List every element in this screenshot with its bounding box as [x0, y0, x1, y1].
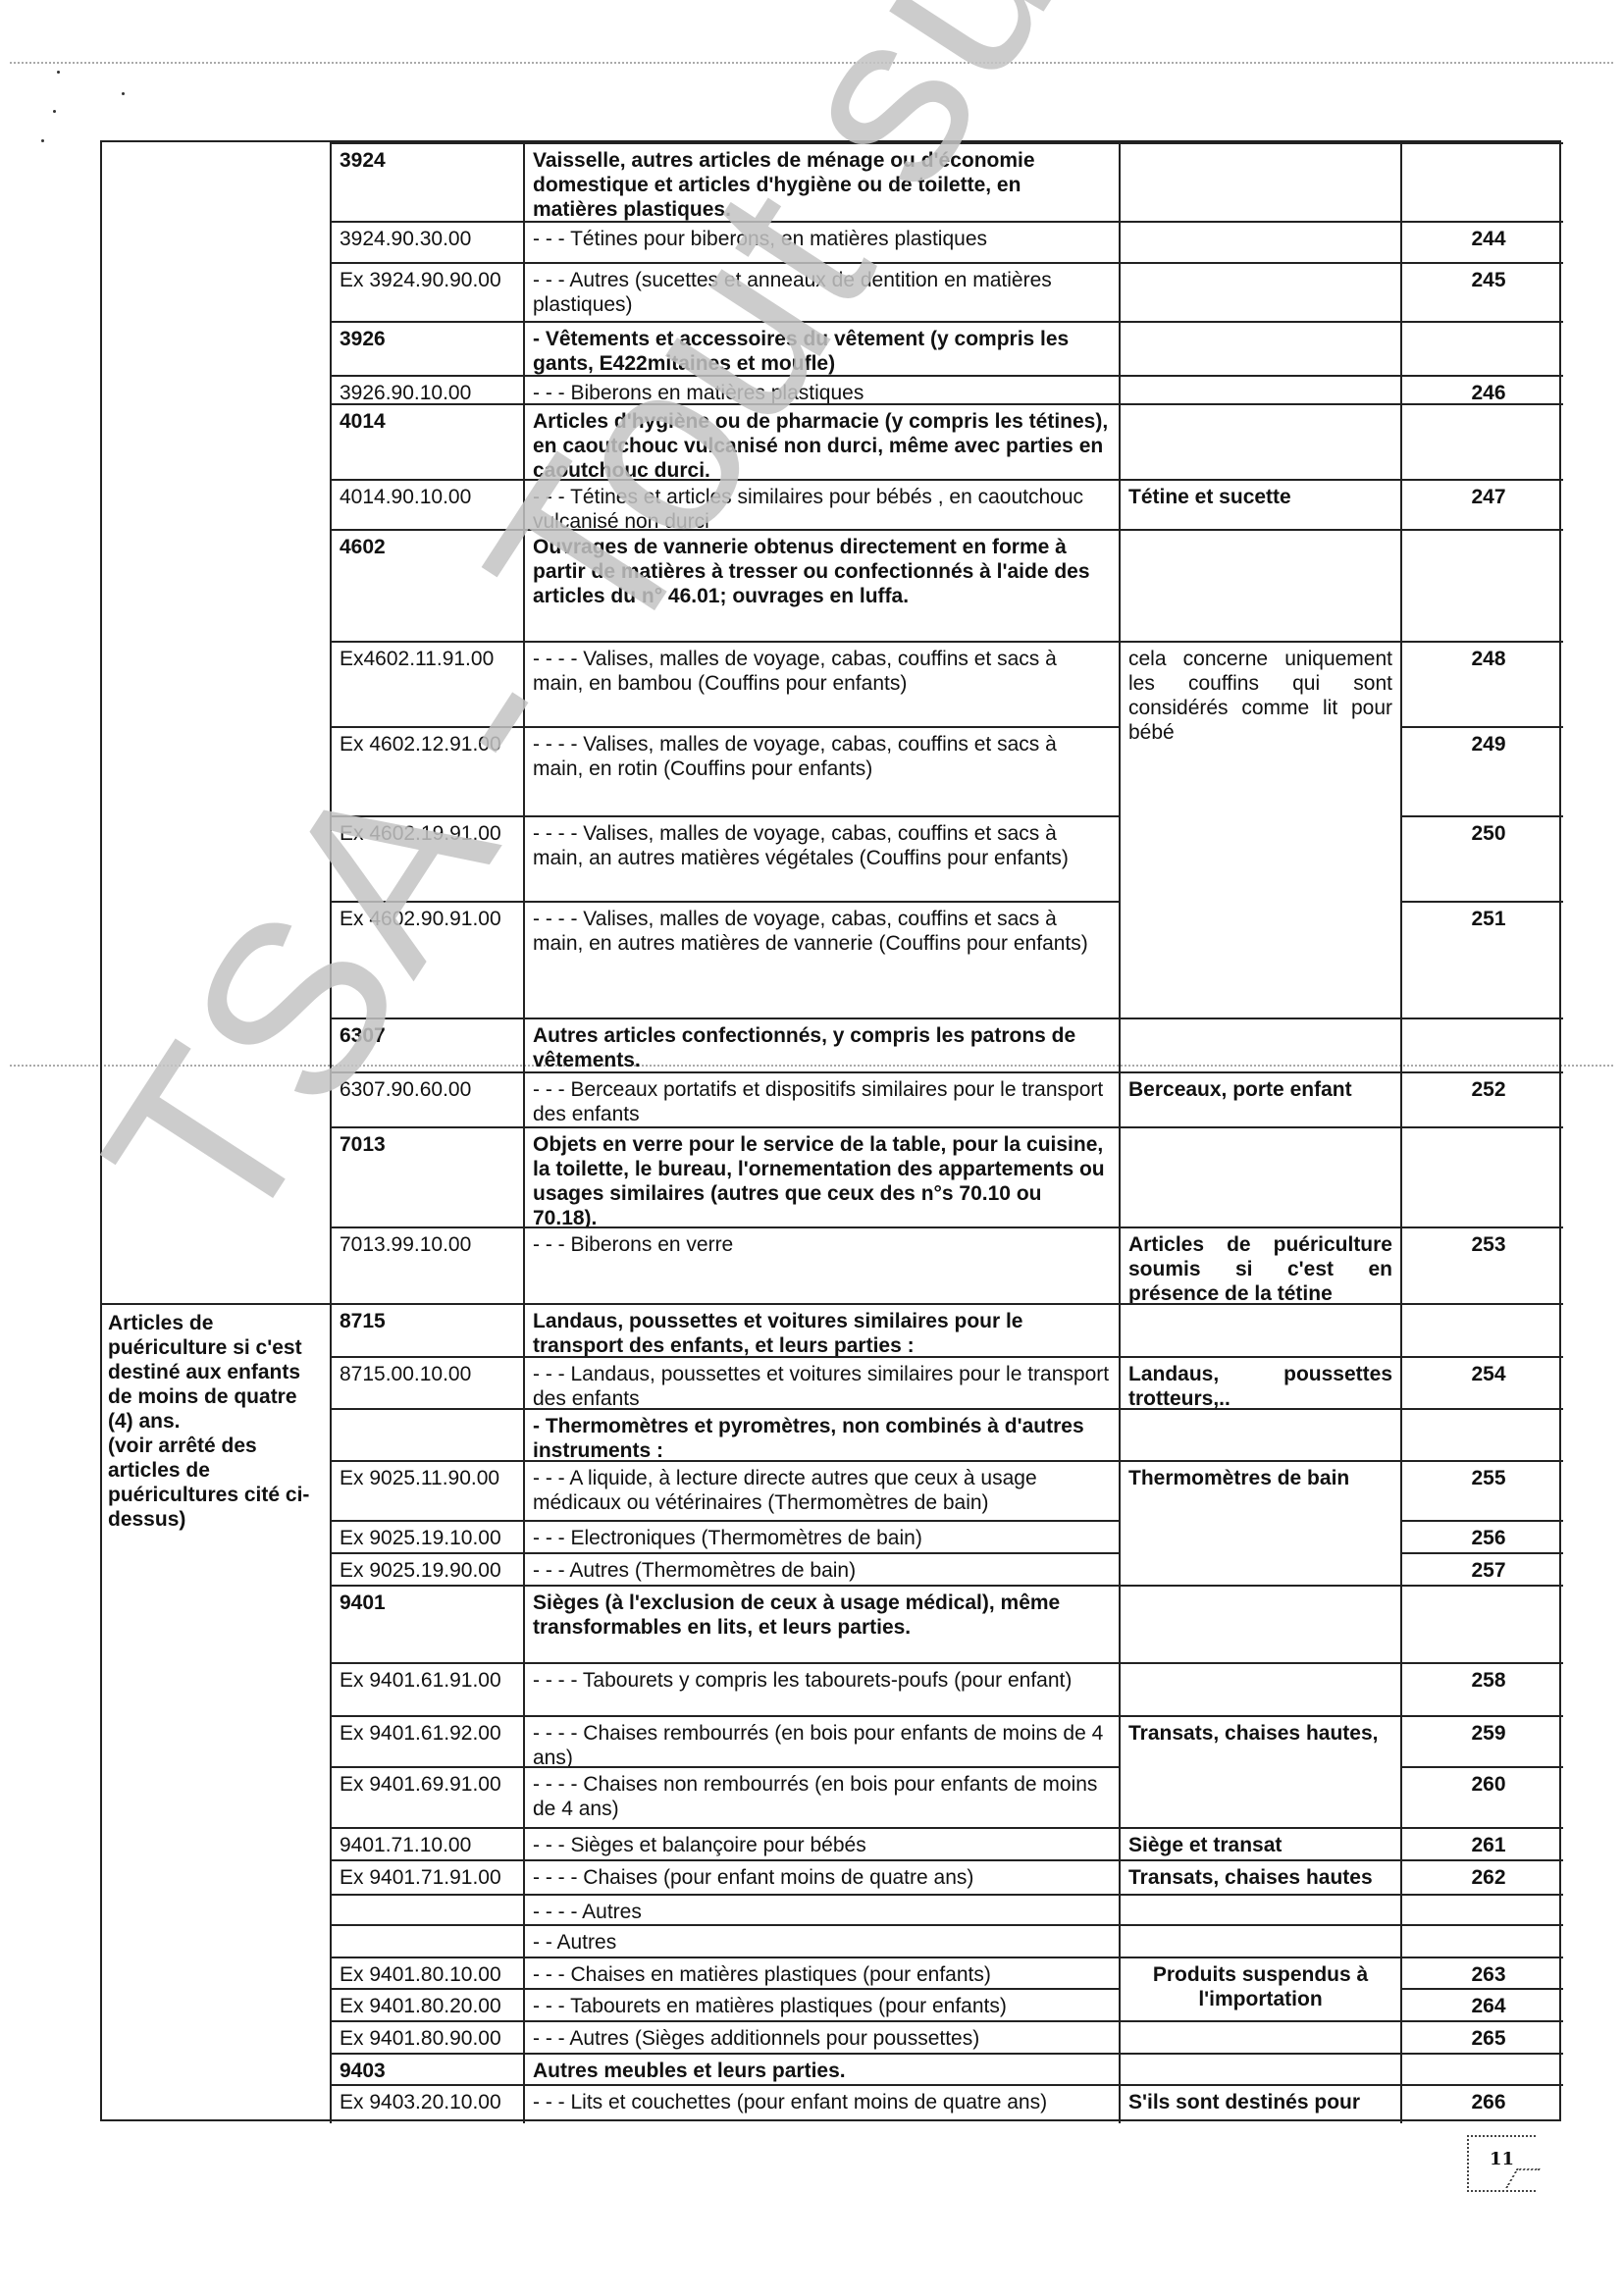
description-cell: - Vêtements et accessoires du vêtement (… — [523, 321, 1119, 375]
description-cell: - - - Autres (sucettes et anneaux de den… — [523, 262, 1119, 321]
item-number-cell — [1400, 1894, 1563, 1924]
item-number-cell: 256 — [1400, 1520, 1563, 1552]
observation-cell: Transats, chaises hautes — [1119, 1859, 1400, 1894]
description-cell: - - - - Chaises non rembourrés (en bois … — [523, 1766, 1119, 1827]
item-number-cell: 251 — [1400, 901, 1563, 1018]
observation-cell — [1119, 1662, 1400, 1715]
description-cell: - - - A liquide, à lecture directe autre… — [523, 1460, 1119, 1520]
observation-cell: Thermomètres de bain — [1119, 1460, 1400, 1585]
tariff-code-cell: 3924 — [330, 142, 523, 221]
tariff-table: Articles de puériculture si c'est destin… — [100, 140, 1561, 2121]
observation-cell — [1119, 375, 1400, 403]
item-number-cell — [1400, 142, 1563, 221]
description-cell: Autres meubles et leurs parties. — [523, 2053, 1119, 2084]
scan-speck — [41, 139, 44, 142]
item-number-cell: 252 — [1400, 1071, 1563, 1126]
tariff-code-cell: 9401.71.10.00 — [330, 1827, 523, 1859]
tariff-code-cell: 3926 — [330, 321, 523, 375]
observation-cell — [1119, 142, 1400, 221]
item-number-cell — [1400, 1585, 1563, 1662]
tariff-code-cell: Ex 9401.61.91.00 — [330, 1662, 523, 1715]
description-cell: - - - Landaus, poussettes et voitures si… — [523, 1356, 1119, 1408]
item-number-cell — [1400, 1126, 1563, 1226]
item-number-cell: 257 — [1400, 1552, 1563, 1585]
item-number-cell — [1400, 321, 1563, 375]
item-number-cell: 259 — [1400, 1715, 1563, 1766]
tariff-code-cell — [330, 1894, 523, 1924]
description-cell: - - - Sièges et balançoire pour bébés — [523, 1827, 1119, 1859]
item-number-cell — [1400, 1924, 1563, 1957]
item-number-cell: 263 — [1400, 1957, 1563, 1988]
description-cell: Vaisselle, autres articles de ménage ou … — [523, 142, 1119, 221]
description-cell: Objets en verre pour le service de la ta… — [523, 1126, 1119, 1226]
description-cell: - - - - Valises, malles de voyage, cabas… — [523, 901, 1119, 1018]
item-number-cell: 254 — [1400, 1356, 1563, 1408]
item-number-cell: 255 — [1400, 1460, 1563, 1520]
scan-artifact-top — [10, 62, 1613, 64]
tariff-code-cell: Ex 9025.19.90.00 — [330, 1552, 523, 1585]
description-cell: Autres articles confectionnés, y compris… — [523, 1018, 1119, 1071]
description-cell: - - Autres — [523, 1924, 1119, 1957]
scan-speck — [53, 110, 56, 113]
description-cell: - - - Tétines pour biberons, en matières… — [523, 221, 1119, 262]
tariff-code-cell: Ex 4602.90.91.00 — [330, 901, 523, 1018]
item-number-cell: 249 — [1400, 726, 1563, 815]
observation-cell: Berceaux, porte enfant — [1119, 1071, 1400, 1126]
observation-cell — [1119, 262, 1400, 321]
description-cell: - - - Autres (Thermomètres de bain) — [523, 1552, 1119, 1585]
description-cell: - - - Tabourets en matières plastiques (… — [523, 1988, 1119, 2020]
tariff-code-cell: Ex4602.11.91.00 — [330, 641, 523, 726]
tariff-code-cell: 9403 — [330, 2053, 523, 2084]
tariff-code-cell: Ex 9401.80.90.00 — [330, 2020, 523, 2053]
item-number-cell — [1400, 1408, 1563, 1460]
tariff-code-cell: 4014.90.10.00 — [330, 479, 523, 529]
item-number-cell: 262 — [1400, 1859, 1563, 1894]
description-cell: - - - - Autres — [523, 1894, 1119, 1924]
observation-cell — [1119, 1126, 1400, 1226]
item-number-cell: 266 — [1400, 2084, 1563, 2123]
observation-cell — [1119, 321, 1400, 375]
observation-cell — [1119, 1924, 1400, 1957]
description-cell: Sièges (à l'exclusion de ceux à usage mé… — [523, 1585, 1119, 1662]
tariff-code-cell: Ex 9403.20.10.00 — [330, 2084, 523, 2123]
observation-cell — [1119, 2053, 1400, 2084]
tariff-code-cell: Ex 4602.19.91.00 — [330, 815, 523, 901]
tariff-code-cell: Ex 3924.90.90.00 — [330, 262, 523, 321]
description-cell: - - - Electroniques (Thermomètres de bai… — [523, 1520, 1119, 1552]
item-number-cell: 246 — [1400, 375, 1563, 403]
item-number-cell: 264 — [1400, 1988, 1563, 2020]
item-number-cell — [1400, 529, 1563, 641]
observation-cell: Landaus, poussettes trotteurs,.. — [1119, 1356, 1400, 1408]
tariff-code-cell: 4602 — [330, 529, 523, 641]
page-number: 11 — [1490, 2149, 1514, 2169]
item-number-cell — [1400, 2053, 1563, 2084]
item-number-cell: 253 — [1400, 1226, 1563, 1303]
observation-cell: Transats, chaises hautes, — [1119, 1715, 1400, 1827]
tariff-code-cell: 3924.90.30.00 — [330, 221, 523, 262]
tariff-code-cell: Ex 9401.80.20.00 — [330, 1988, 523, 2020]
observation-cell — [1119, 529, 1400, 641]
description-cell: Landaus, poussettes et voitures similair… — [523, 1303, 1119, 1356]
item-number-cell: 265 — [1400, 2020, 1563, 2053]
tariff-code-cell: 6307 — [330, 1018, 523, 1071]
observation-cell — [1119, 403, 1400, 479]
description-cell: - - - Biberons en matières plastiques — [523, 375, 1119, 403]
description-cell: - - - Biberons en verre — [523, 1226, 1119, 1303]
tariff-code-cell: 4014 — [330, 403, 523, 479]
description-cell: - - - Autres (Sièges additionnels pour p… — [523, 2020, 1119, 2053]
item-number-cell: 260 — [1400, 1766, 1563, 1827]
tariff-code-cell: Ex 9025.11.90.00 — [330, 1460, 523, 1520]
observation-cell: Siège et transat — [1119, 1827, 1400, 1859]
tariff-code-cell: Ex 4602.12.91.00 — [330, 726, 523, 815]
observation-cell: cela concerne uniquement les couffins qu… — [1119, 641, 1400, 1018]
description-cell: - - - - Chaises (pour enfant moins de qu… — [523, 1859, 1119, 1894]
category-label: Articles de puériculture si c'est destin… — [102, 1303, 330, 2123]
tariff-code-cell: 8715.00.10.00 — [330, 1356, 523, 1408]
description-cell: - - - - Valises, malles de voyage, cabas… — [523, 726, 1119, 815]
item-number-cell — [1400, 1303, 1563, 1356]
item-number-cell — [1400, 403, 1563, 479]
observation-cell — [1119, 1585, 1400, 1662]
tariff-code-cell: Ex 9401.80.10.00 — [330, 1957, 523, 1988]
tariff-code-cell: 7013.99.10.00 — [330, 1226, 523, 1303]
observation-cell: S'ils sont destinés pour — [1119, 2084, 1400, 2123]
description-cell: Ouvrages de vannerie obtenus directement… — [523, 529, 1119, 641]
observation-cell — [1119, 1408, 1400, 1460]
tariff-code-cell: 8715 — [330, 1303, 523, 1356]
tariff-code-cell: Ex 9401.69.91.00 — [330, 1766, 523, 1827]
tariff-code-cell: 9401 — [330, 1585, 523, 1662]
description-cell: - - - - Valises, malles de voyage, cabas… — [523, 815, 1119, 901]
item-number-cell: 244 — [1400, 221, 1563, 262]
description-cell: - - - Berceaux portatifs et dispositifs … — [523, 1071, 1119, 1126]
description-cell: - - - - Tabourets y compris les tabouret… — [523, 1662, 1119, 1715]
observation-cell — [1119, 1018, 1400, 1071]
tariff-code-cell: Ex 9025.19.10.00 — [330, 1520, 523, 1552]
observation-cell: Tétine et sucette — [1119, 479, 1400, 529]
tariff-code-cell — [330, 1408, 523, 1460]
tariff-code-cell — [330, 1924, 523, 1957]
description-cell: - Thermomètres et pyromètres, non combin… — [523, 1408, 1119, 1460]
observation-cell — [1119, 221, 1400, 262]
description-cell: - - - Tétines et articles similaires pou… — [523, 479, 1119, 529]
item-number-cell: 250 — [1400, 815, 1563, 901]
observation-cell — [1119, 2020, 1400, 2053]
description-cell: - - - Chaises en matières plastiques (po… — [523, 1957, 1119, 1988]
tariff-code-cell: Ex 9401.61.92.00 — [330, 1715, 523, 1766]
observation-cell: Produits suspendus à l'importation — [1119, 1957, 1400, 2020]
item-number-cell: 258 — [1400, 1662, 1563, 1715]
scan-speck — [122, 92, 125, 95]
tariff-code-cell: 7013 — [330, 1126, 523, 1226]
description-cell: Articles d'hygiène ou de pharmacie (y co… — [523, 403, 1119, 479]
item-number-cell: 247 — [1400, 479, 1563, 529]
item-number-cell: 248 — [1400, 641, 1563, 726]
observation-cell: Articles de puériculture soumis si c'est… — [1119, 1226, 1400, 1303]
scan-speck — [57, 71, 60, 74]
tariff-code-cell: 6307.90.60.00 — [330, 1071, 523, 1126]
tariff-code-cell: 3926.90.10.00 — [330, 375, 523, 403]
tariff-code-cell: Ex 9401.71.91.00 — [330, 1859, 523, 1894]
item-number-cell: 245 — [1400, 262, 1563, 321]
observation-cell — [1119, 1303, 1400, 1356]
description-cell: - - - - Valises, malles de voyage, cabas… — [523, 641, 1119, 726]
item-number-cell: 261 — [1400, 1827, 1563, 1859]
description-cell: - - - Lits et couchettes (pour enfant mo… — [523, 2084, 1119, 2123]
observation-cell — [1119, 1894, 1400, 1924]
empty-group-cell — [102, 142, 330, 1303]
item-number-cell — [1400, 1018, 1563, 1071]
description-cell: - - - - Chaises rembourrés (en bois pour… — [523, 1715, 1119, 1766]
